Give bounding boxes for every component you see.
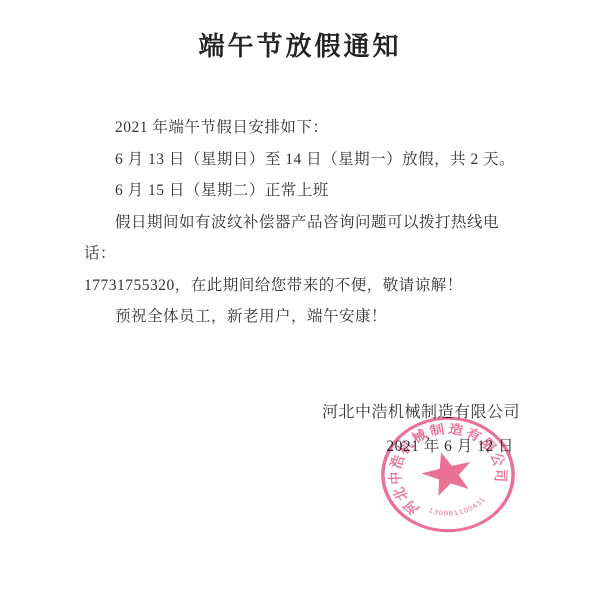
paragraph-schedule-intro: 2021 年端午节假日安排如下： bbox=[84, 112, 529, 144]
notice-page: 端午节放假通知 2021 年端午节假日安排如下： 6 月 13 日（星期日）至 … bbox=[0, 0, 600, 600]
paragraph-hotline-number: 17731755320，在此期间给您带来的不便，敬请谅解！ bbox=[84, 270, 529, 302]
paragraph-hotline-intro: 假日期间如有波纹补偿器产品咨询问题可以拨打热线电话： bbox=[84, 207, 529, 270]
company-seal-stamp: 河北中浩机械制造有限公司 1309811004310 bbox=[378, 414, 518, 535]
paragraph-holiday-dates: 6 月 13 日（星期日）至 14 日（星期一）放假，共 2 天。 bbox=[84, 144, 529, 176]
seal-star-icon bbox=[417, 447, 478, 498]
document-body: 2021 年端午节假日安排如下： 6 月 13 日（星期日）至 14 日（星期一… bbox=[84, 112, 529, 333]
paragraph-wishes: 预祝全体员工，新老用户，端午安康！ bbox=[84, 301, 529, 333]
document-title: 端午节放假通知 bbox=[0, 26, 600, 63]
paragraph-back-to-work: 6 月 15 日（星期二）正常上班 bbox=[84, 175, 529, 207]
